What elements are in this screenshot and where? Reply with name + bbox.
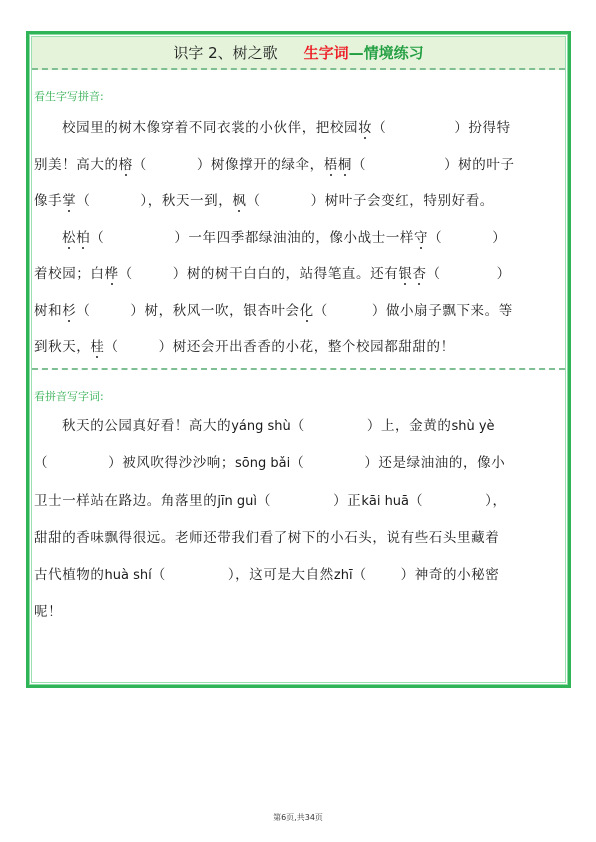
dotted-char: 枫 — [232, 193, 246, 209]
dotted-char: 化 — [300, 303, 314, 319]
dotted-char: 掌 — [62, 193, 76, 209]
section2-label: 看拼音写字词: — [32, 388, 565, 404]
worksheet-inner: 识字 2、树之歌 生字词—情境练习 看生字写拼音: 校园里的树木像穿着不同衣裳的… — [31, 36, 566, 683]
dotted-char: 榕 — [119, 157, 133, 173]
page-number: 第6页,共34页 — [0, 812, 596, 823]
title-subtitle: —情境练习 — [349, 42, 424, 63]
dotted-char: 柏 — [76, 230, 90, 246]
section1-paragraph: 校园里的树木像穿着不同衣裳的小伙伴，把校园妆（）扮得特 别美！高大的榕（）树像撑… — [32, 110, 565, 366]
pinyin: kāi huā — [361, 494, 409, 509]
dotted-char: 银 — [398, 266, 412, 282]
dotted-char: 杉 — [62, 303, 76, 319]
worksheet-frame: 识字 2、树之歌 生字词—情境练习 看生字写拼音: 校园里的树木像穿着不同衣裳的… — [26, 31, 571, 688]
section-divider — [32, 368, 565, 370]
section1-label: 看生字写拼音: — [32, 88, 565, 104]
dotted-char: 桐 — [338, 157, 352, 173]
dotted-char: 妆 — [358, 120, 372, 136]
pinyin: shù yè — [451, 419, 494, 434]
dotted-char: 桂 — [90, 339, 104, 355]
lesson-title: 识字 2、树之歌 — [173, 42, 277, 63]
dotted-char: 杏 — [412, 266, 426, 282]
pinyin: yáng shù — [231, 419, 291, 434]
dotted-char: 守 — [414, 230, 428, 246]
dotted-char: 松 — [62, 230, 76, 246]
worksheet-header: 识字 2、树之歌 生字词—情境练习 — [32, 37, 565, 70]
dotted-char: 桦 — [105, 266, 119, 282]
pinyin: sōng bǎi — [235, 456, 290, 471]
pinyin: huà shí — [105, 568, 152, 583]
pinyin: jīn guì — [217, 494, 257, 509]
pinyin: zhī — [334, 568, 353, 583]
title-keyword: 生字词 — [304, 42, 349, 63]
section2-paragraph: 秋天的公园真好看！高大的yáng shù（）上，金黄的shù yè （）被风吹得… — [32, 408, 565, 631]
dotted-char: 梧 — [324, 157, 338, 173]
